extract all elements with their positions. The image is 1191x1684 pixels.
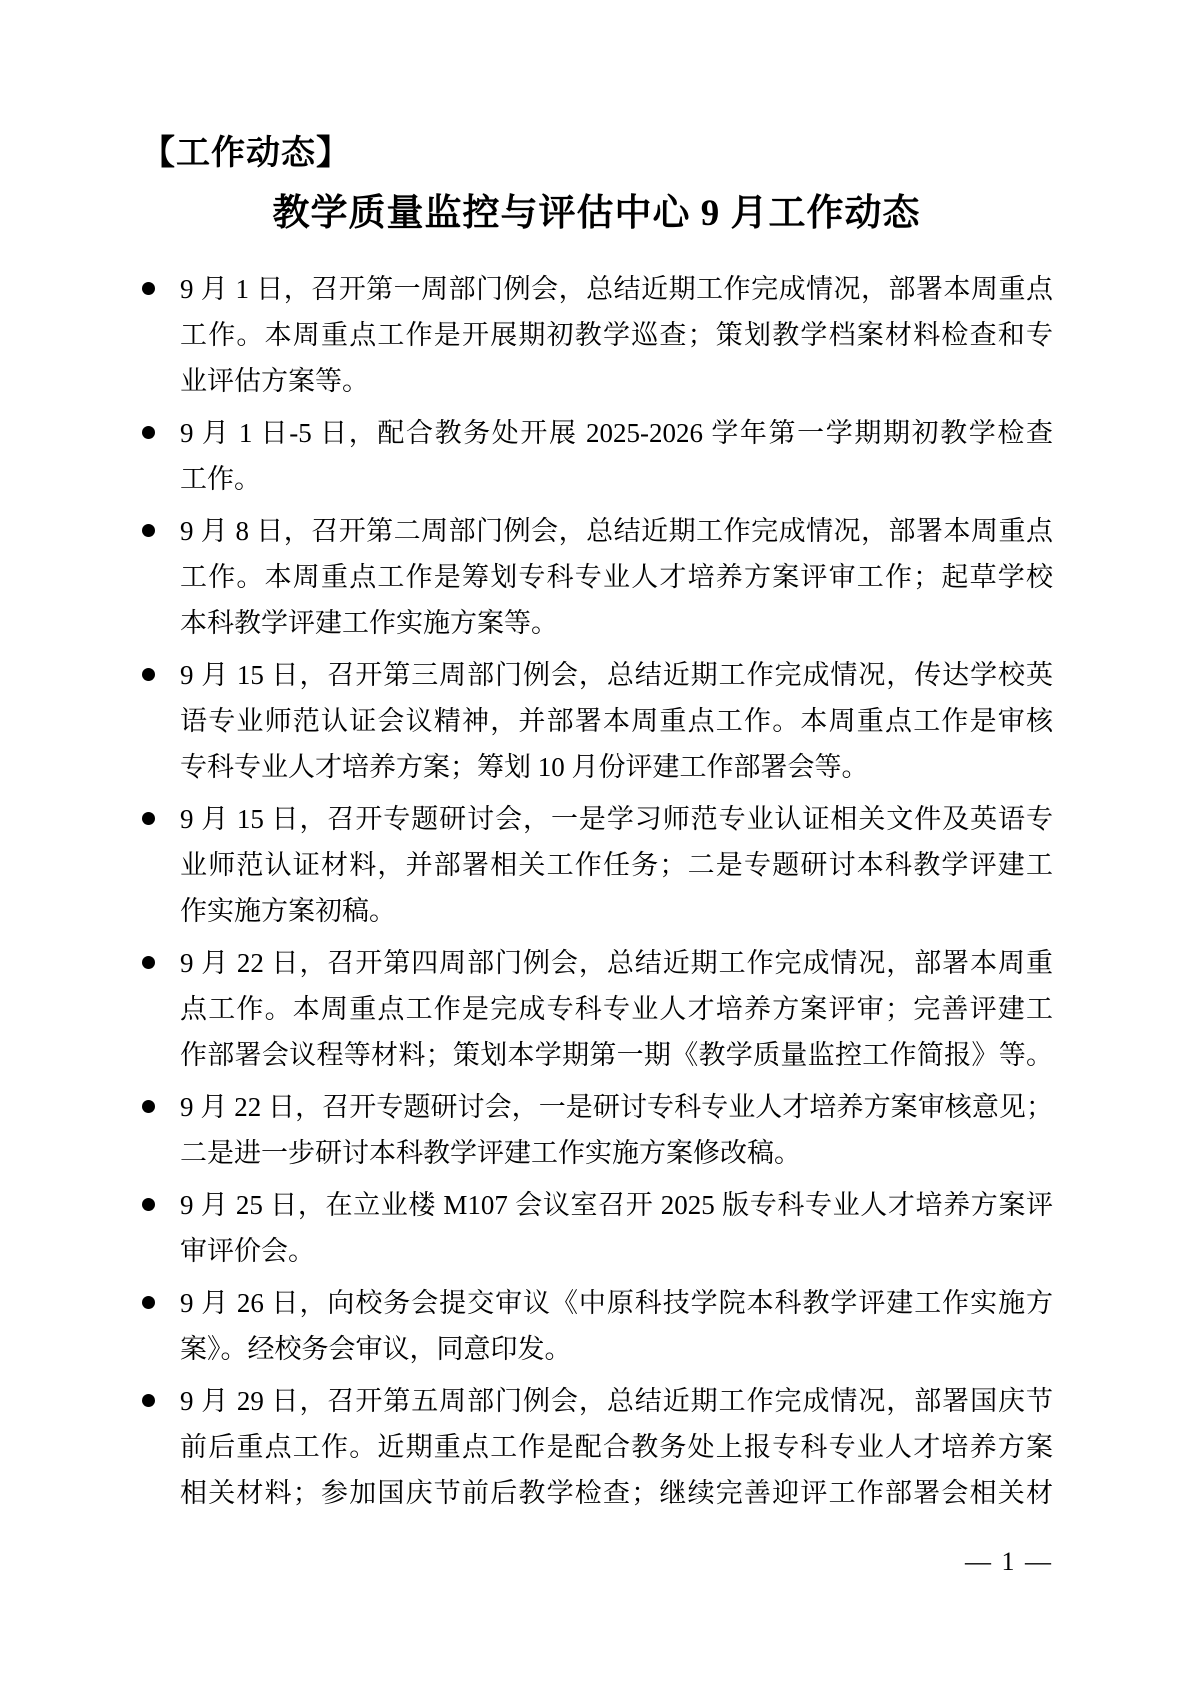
- bullet-line: 点工作。本周重点工作是完成专科专业人才培养方案评审；完善评建工: [180, 986, 1053, 1032]
- bullet-line: 9 月 1 日，召开第一周部门例会，总结近期工作完成情况，部署本周重点: [180, 266, 1053, 312]
- list-item: 9 月 22 日，召开第四周部门例会，总结近期工作完成情况，部署本周重点工作。本…: [140, 940, 1053, 1078]
- bullet-line: 前后重点工作。近期重点工作是配合教务处上报专科专业人才培养方案: [180, 1424, 1053, 1470]
- bullet-line: 相关材料；参加国庆节前后教学检查；继续完善迎评工作部署会相关材: [180, 1470, 1053, 1516]
- bullet-line: 9 月 26 日，向校务会提交审议《中原科技学院本科教学评建工作实施方: [180, 1280, 1053, 1326]
- bullet-line: 审评价会。: [180, 1228, 1053, 1274]
- bullet-icon: [142, 426, 155, 439]
- bullet-line: 9 月 15 日，召开专题研讨会，一是学习师范专业认证相关文件及英语专: [180, 796, 1053, 842]
- bullet-icon: [142, 282, 155, 295]
- bullet-icon: [142, 956, 155, 969]
- page-number: — 1 —: [965, 1546, 1053, 1578]
- list-item: 9 月 25 日，在立业楼 M107 会议室召开 2025 版专科专业人才培养方…: [140, 1182, 1053, 1274]
- list-item: 9 月 8 日，召开第二周部门例会，总结近期工作完成情况，部署本周重点工作。本周…: [140, 508, 1053, 646]
- bullet-icon: [142, 668, 155, 681]
- bullet-icon: [142, 812, 155, 825]
- bullet-icon: [142, 1198, 155, 1211]
- bullet-line: 专科专业人才培养方案；筹划 10 月份评建工作部署会等。: [180, 744, 1053, 790]
- bullet-line: 作实施方案初稿。: [180, 888, 1053, 934]
- list-item: 9 月 1 日，召开第一周部门例会，总结近期工作完成情况，部署本周重点工作。本周…: [140, 266, 1053, 404]
- bullet-line: 业评估方案等。: [180, 358, 1053, 404]
- bullet-line: 9 月 25 日，在立业楼 M107 会议室召开 2025 版专科专业人才培养方…: [180, 1182, 1053, 1228]
- list-item: 9 月 15 日，召开第三周部门例会，总结近期工作完成情况，传达学校英语专业师范…: [140, 652, 1053, 790]
- bullet-line: 案》。经校务会审议，同意印发。: [180, 1326, 1053, 1372]
- bullet-line: 语专业师范认证会议精神，并部署本周重点工作。本周重点工作是审核: [180, 698, 1053, 744]
- bullet-list: 9 月 1 日，召开第一周部门例会，总结近期工作完成情况，部署本周重点工作。本周…: [140, 266, 1053, 1522]
- bullet-line: 本科教学评建工作实施方案等。: [180, 600, 1053, 646]
- list-item: 9 月 22 日，召开专题研讨会，一是研讨专科专业人才培养方案审核意见；二是进一…: [140, 1084, 1053, 1176]
- bullet-line: 二是进一步研讨本科教学评建工作实施方案修改稿。: [180, 1130, 1053, 1176]
- page-title: 教学质量监控与评估中心 9 月工作动态: [140, 188, 1053, 240]
- bullet-line: 9 月 22 日，召开第四周部门例会，总结近期工作完成情况，部署本周重: [180, 940, 1053, 986]
- bullet-icon: [142, 1394, 155, 1407]
- section-header: 【工作动态】: [141, 130, 351, 176]
- bullet-icon: [142, 524, 155, 537]
- bullet-line: 9 月 29 日，召开第五周部门例会，总结近期工作完成情况，部署国庆节: [180, 1378, 1053, 1424]
- bullet-line: 工作。本周重点工作是开展期初教学巡查；策划教学档案材料检查和专: [180, 312, 1053, 358]
- list-item: 9 月 29 日，召开第五周部门例会，总结近期工作完成情况，部署国庆节前后重点工…: [140, 1378, 1053, 1516]
- bullet-line: 9 月 15 日，召开第三周部门例会，总结近期工作完成情况，传达学校英: [180, 652, 1053, 698]
- bullet-line: 9 月 22 日，召开专题研讨会，一是研讨专科专业人才培养方案审核意见；: [180, 1084, 1053, 1130]
- bullet-line: 工作。: [180, 456, 1053, 502]
- list-item: 9 月 26 日，向校务会提交审议《中原科技学院本科教学评建工作实施方案》。经校…: [140, 1280, 1053, 1372]
- bullet-icon: [142, 1100, 155, 1113]
- list-item: 9 月 1 日-5 日，配合教务处开展 2025-2026 学年第一学期期初教学…: [140, 410, 1053, 502]
- bullet-line: 9 月 1 日-5 日，配合教务处开展 2025-2026 学年第一学期期初教学…: [180, 410, 1053, 456]
- bullet-line: 工作。本周重点工作是筹划专科专业人才培养方案评审工作；起草学校: [180, 554, 1053, 600]
- document-page: 【工作动态】 教学质量监控与评估中心 9 月工作动态 9 月 1 日，召开第一周…: [0, 0, 1191, 1684]
- list-item: 9 月 15 日，召开专题研讨会，一是学习师范专业认证相关文件及英语专业师范认证…: [140, 796, 1053, 934]
- bullet-icon: [142, 1296, 155, 1309]
- bullet-line: 9 月 8 日，召开第二周部门例会，总结近期工作完成情况，部署本周重点: [180, 508, 1053, 554]
- bullet-line: 业师范认证材料，并部署相关工作任务；二是专题研讨本科教学评建工: [180, 842, 1053, 888]
- bullet-line: 作部署会议程等材料；策划本学期第一期《教学质量监控工作简报》等。: [180, 1032, 1053, 1078]
